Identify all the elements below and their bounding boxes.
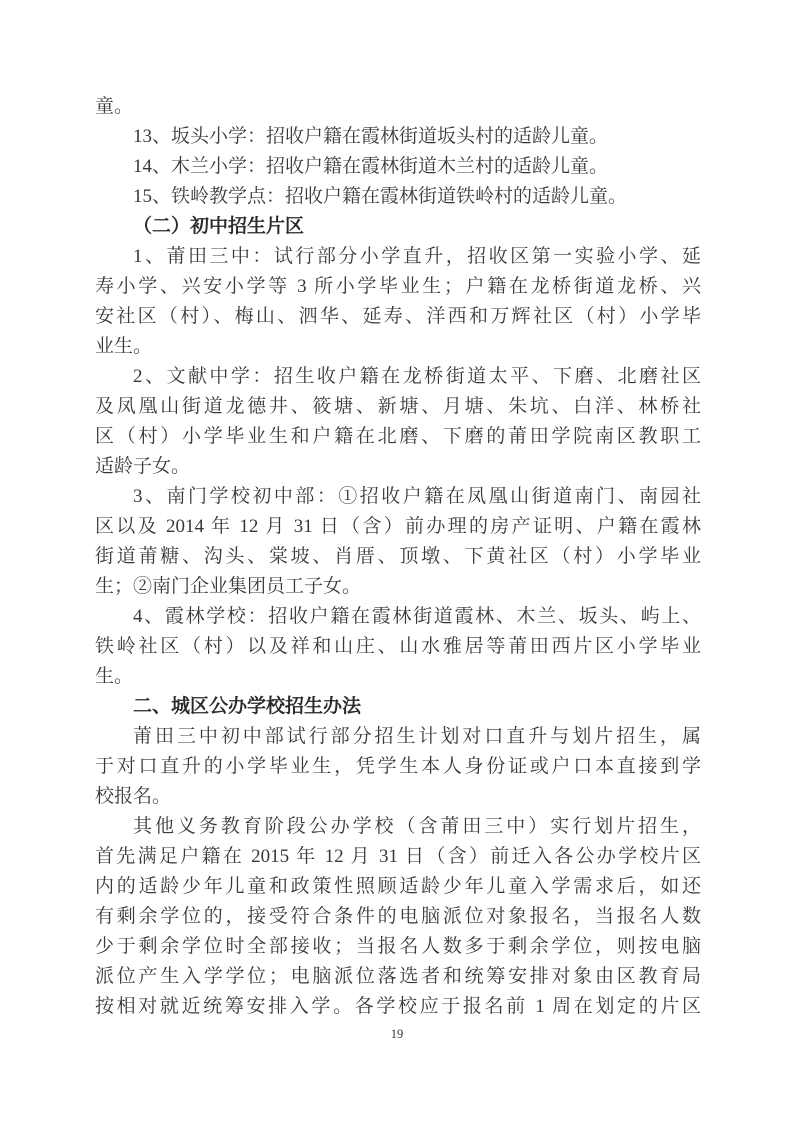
document-page: 童。 13、坂头小学：招收户籍在霞林街道坂头村的适龄儿童。 14、木兰小学：招收… <box>0 0 794 1123</box>
list-item-14: 14、木兰小学：招收户籍在霞林街道木兰村的适龄儿童。 <box>95 152 701 182</box>
text-line: 内的适龄少年儿童和政策性照顾适龄少年儿童入学需求后，如还 <box>95 872 701 902</box>
text-line: 业生。 <box>95 332 701 362</box>
text-line: 街道莆糖、沟头、棠坡、肖厝、顶墩、下黄社区（村）小学毕业 <box>95 542 701 572</box>
text-line: 1、莆田三中：试行部分小学直升，招收区第一实验小学、延 <box>95 242 701 272</box>
section-heading-junior-high-zones: （二）初中招生片区 <box>95 212 701 242</box>
text-line: 生。 <box>95 662 701 692</box>
text-line: 2、文献中学：招生收户籍在龙桥街道太平、下磨、北磨社区 <box>95 362 701 392</box>
list-item-13: 13、坂头小学：招收户籍在霞林街道坂头村的适龄儿童。 <box>95 122 701 152</box>
section-heading-enrollment-method: 二、城区公办学校招生办法 <box>95 692 701 722</box>
text-line: 铁岭社区（村）以及祥和山庄、山水雅居等莆田西片区小学毕业 <box>95 632 701 662</box>
page-body: 童。 13、坂头小学：招收户籍在霞林街道坂头村的适龄儿童。 14、木兰小学：招收… <box>95 92 701 1022</box>
text-line: 4、霞林学校：招收户籍在霞林街道霞林、木兰、坂头、屿上、 <box>95 602 701 632</box>
text-line: 适龄子女。 <box>95 452 701 482</box>
text-line: 安社区（村）、梅山、泗华、延寿、洋西和万辉社区（村）小学毕 <box>95 302 701 332</box>
text-line: 区以及 2014 年 12 月 31 日（含）前办理的房产证明、户籍在霞林 <box>95 512 701 542</box>
list-item-15: 15、铁岭教学点：招收户籍在霞林街道铁岭村的适龄儿童。 <box>95 182 701 212</box>
text-line: 寿小学、兴安小学等 3 所小学毕业生；户籍在龙桥街道龙桥、兴 <box>95 272 701 302</box>
text-line: 区（村）小学毕业生和户籍在北磨、下磨的莆田学院南区教职工 <box>95 422 701 452</box>
text-line: 校报名。 <box>95 782 701 812</box>
text-line: 其他义务教育阶段公办学校（含莆田三中）实行划片招生， <box>95 812 701 842</box>
text-line: 生；②南门企业集团员工子女。 <box>95 572 701 602</box>
text-line: 于对口直升的小学毕业生，凭学生本人身份证或户口本直接到学 <box>95 752 701 782</box>
text-line: 少于剩余学位时全部接收；当报名人数多于剩余学位，则按电脑 <box>95 932 701 962</box>
page-number: 19 <box>0 1027 794 1042</box>
text-line: 首先满足户籍在 2015 年 12 月 31 日（含）前迁入各公办学校片区 <box>95 842 701 872</box>
text-line: 莆田三中初中部试行部分招生计划对口直升与划片招生，属 <box>95 722 701 752</box>
text-line: 3、南门学校初中部：①招收户籍在凤凰山街道南门、南园社 <box>95 482 701 512</box>
text-line-continuation: 童。 <box>95 92 701 122</box>
text-line: 有剩余学位的，接受符合条件的电脑派位对象报名，当报名人数 <box>95 902 701 932</box>
text-line: 派位产生入学学位；电脑派位落选者和统筹安排对象由区教育局 <box>95 962 701 992</box>
text-line: 按相对就近统筹安排入学。各学校应于报名前 1 周在划定的片区 <box>95 992 701 1022</box>
text-line: 及凤凰山街道龙德井、筱塘、新塘、月塘、朱坑、白洋、林桥社 <box>95 392 701 422</box>
